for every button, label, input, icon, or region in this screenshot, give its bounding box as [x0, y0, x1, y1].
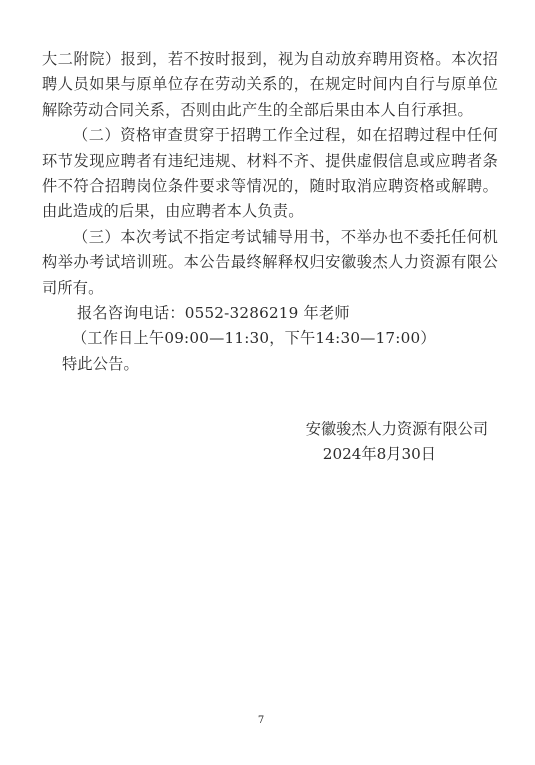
signature-block: 安徽骏杰人力资源有限公司 2024年8月30日	[42, 417, 498, 468]
closing-statement-line: 特此公告。	[42, 352, 498, 377]
signature-date: 2024年8月30日	[42, 442, 498, 467]
document-body: 大二附院）报到，若不按时报到，视为自动放弃聘用资格。本次招聘人员如果与原单位存在…	[42, 47, 498, 377]
contact-phone-line: 报名咨询电话：0552-3286219 年老师	[42, 301, 498, 326]
document-page: 大二附院）报到，若不按时报到，视为自动放弃聘用资格。本次招聘人员如果与原单位存在…	[0, 0, 535, 765]
page-number: 7	[258, 715, 264, 726]
paragraph-continuation: 大二附院）报到，若不按时报到，视为自动放弃聘用资格。本次招聘人员如果与原单位存在…	[42, 47, 498, 123]
paragraph-clause-2: （二）资格审查贯穿于招聘工作全过程，如在招聘过程中任何环节发现应聘者有违纪违规、…	[42, 123, 498, 225]
page-footer: 7	[0, 708, 522, 727]
office-hours-line: （工作日上午09:00—11:30，下午14:30—17:00）	[42, 326, 498, 351]
paragraph-clause-3: （三）本次考试不指定考试辅导用书，不举办也不委托任何机构举办考试培训班。本公告最…	[42, 225, 498, 301]
signature-company: 安徽骏杰人力资源有限公司	[42, 417, 498, 442]
